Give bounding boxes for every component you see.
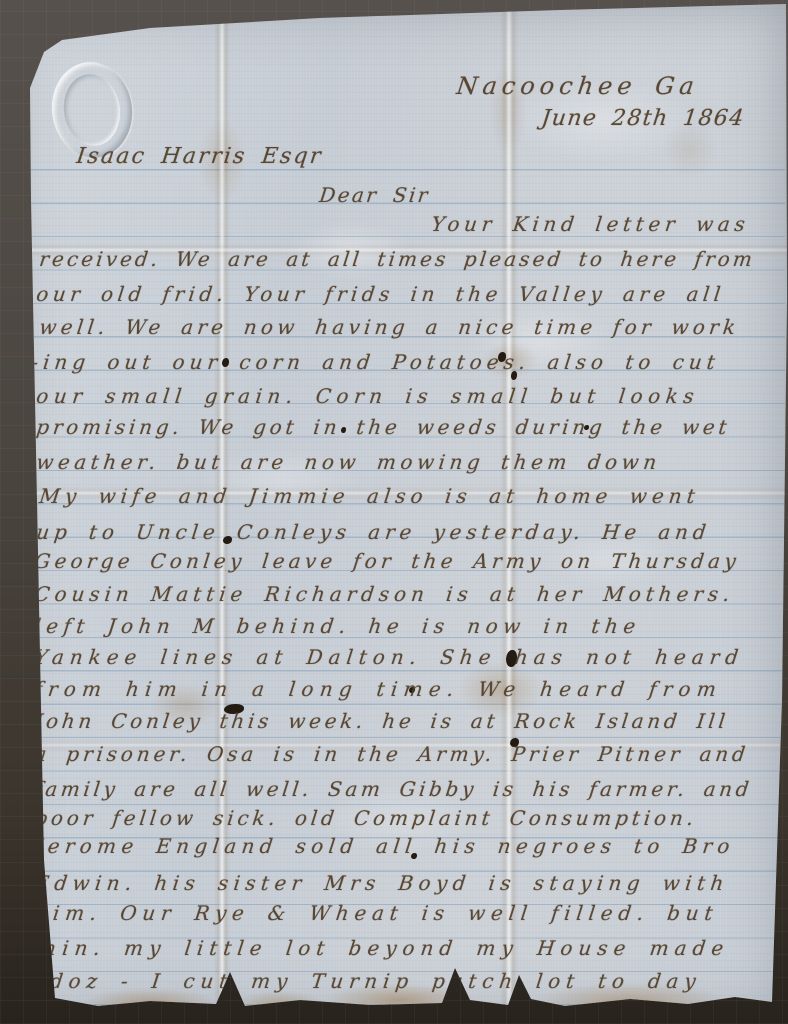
letter-photo: Nacoochee GaJune 28th 1864Isaac Harris E… <box>0 0 788 1024</box>
paper-hole <box>34 936 50 950</box>
paper-shading <box>0 0 788 1024</box>
letter-paper: Nacoochee GaJune 28th 1864Isaac Harris E… <box>0 0 788 1024</box>
